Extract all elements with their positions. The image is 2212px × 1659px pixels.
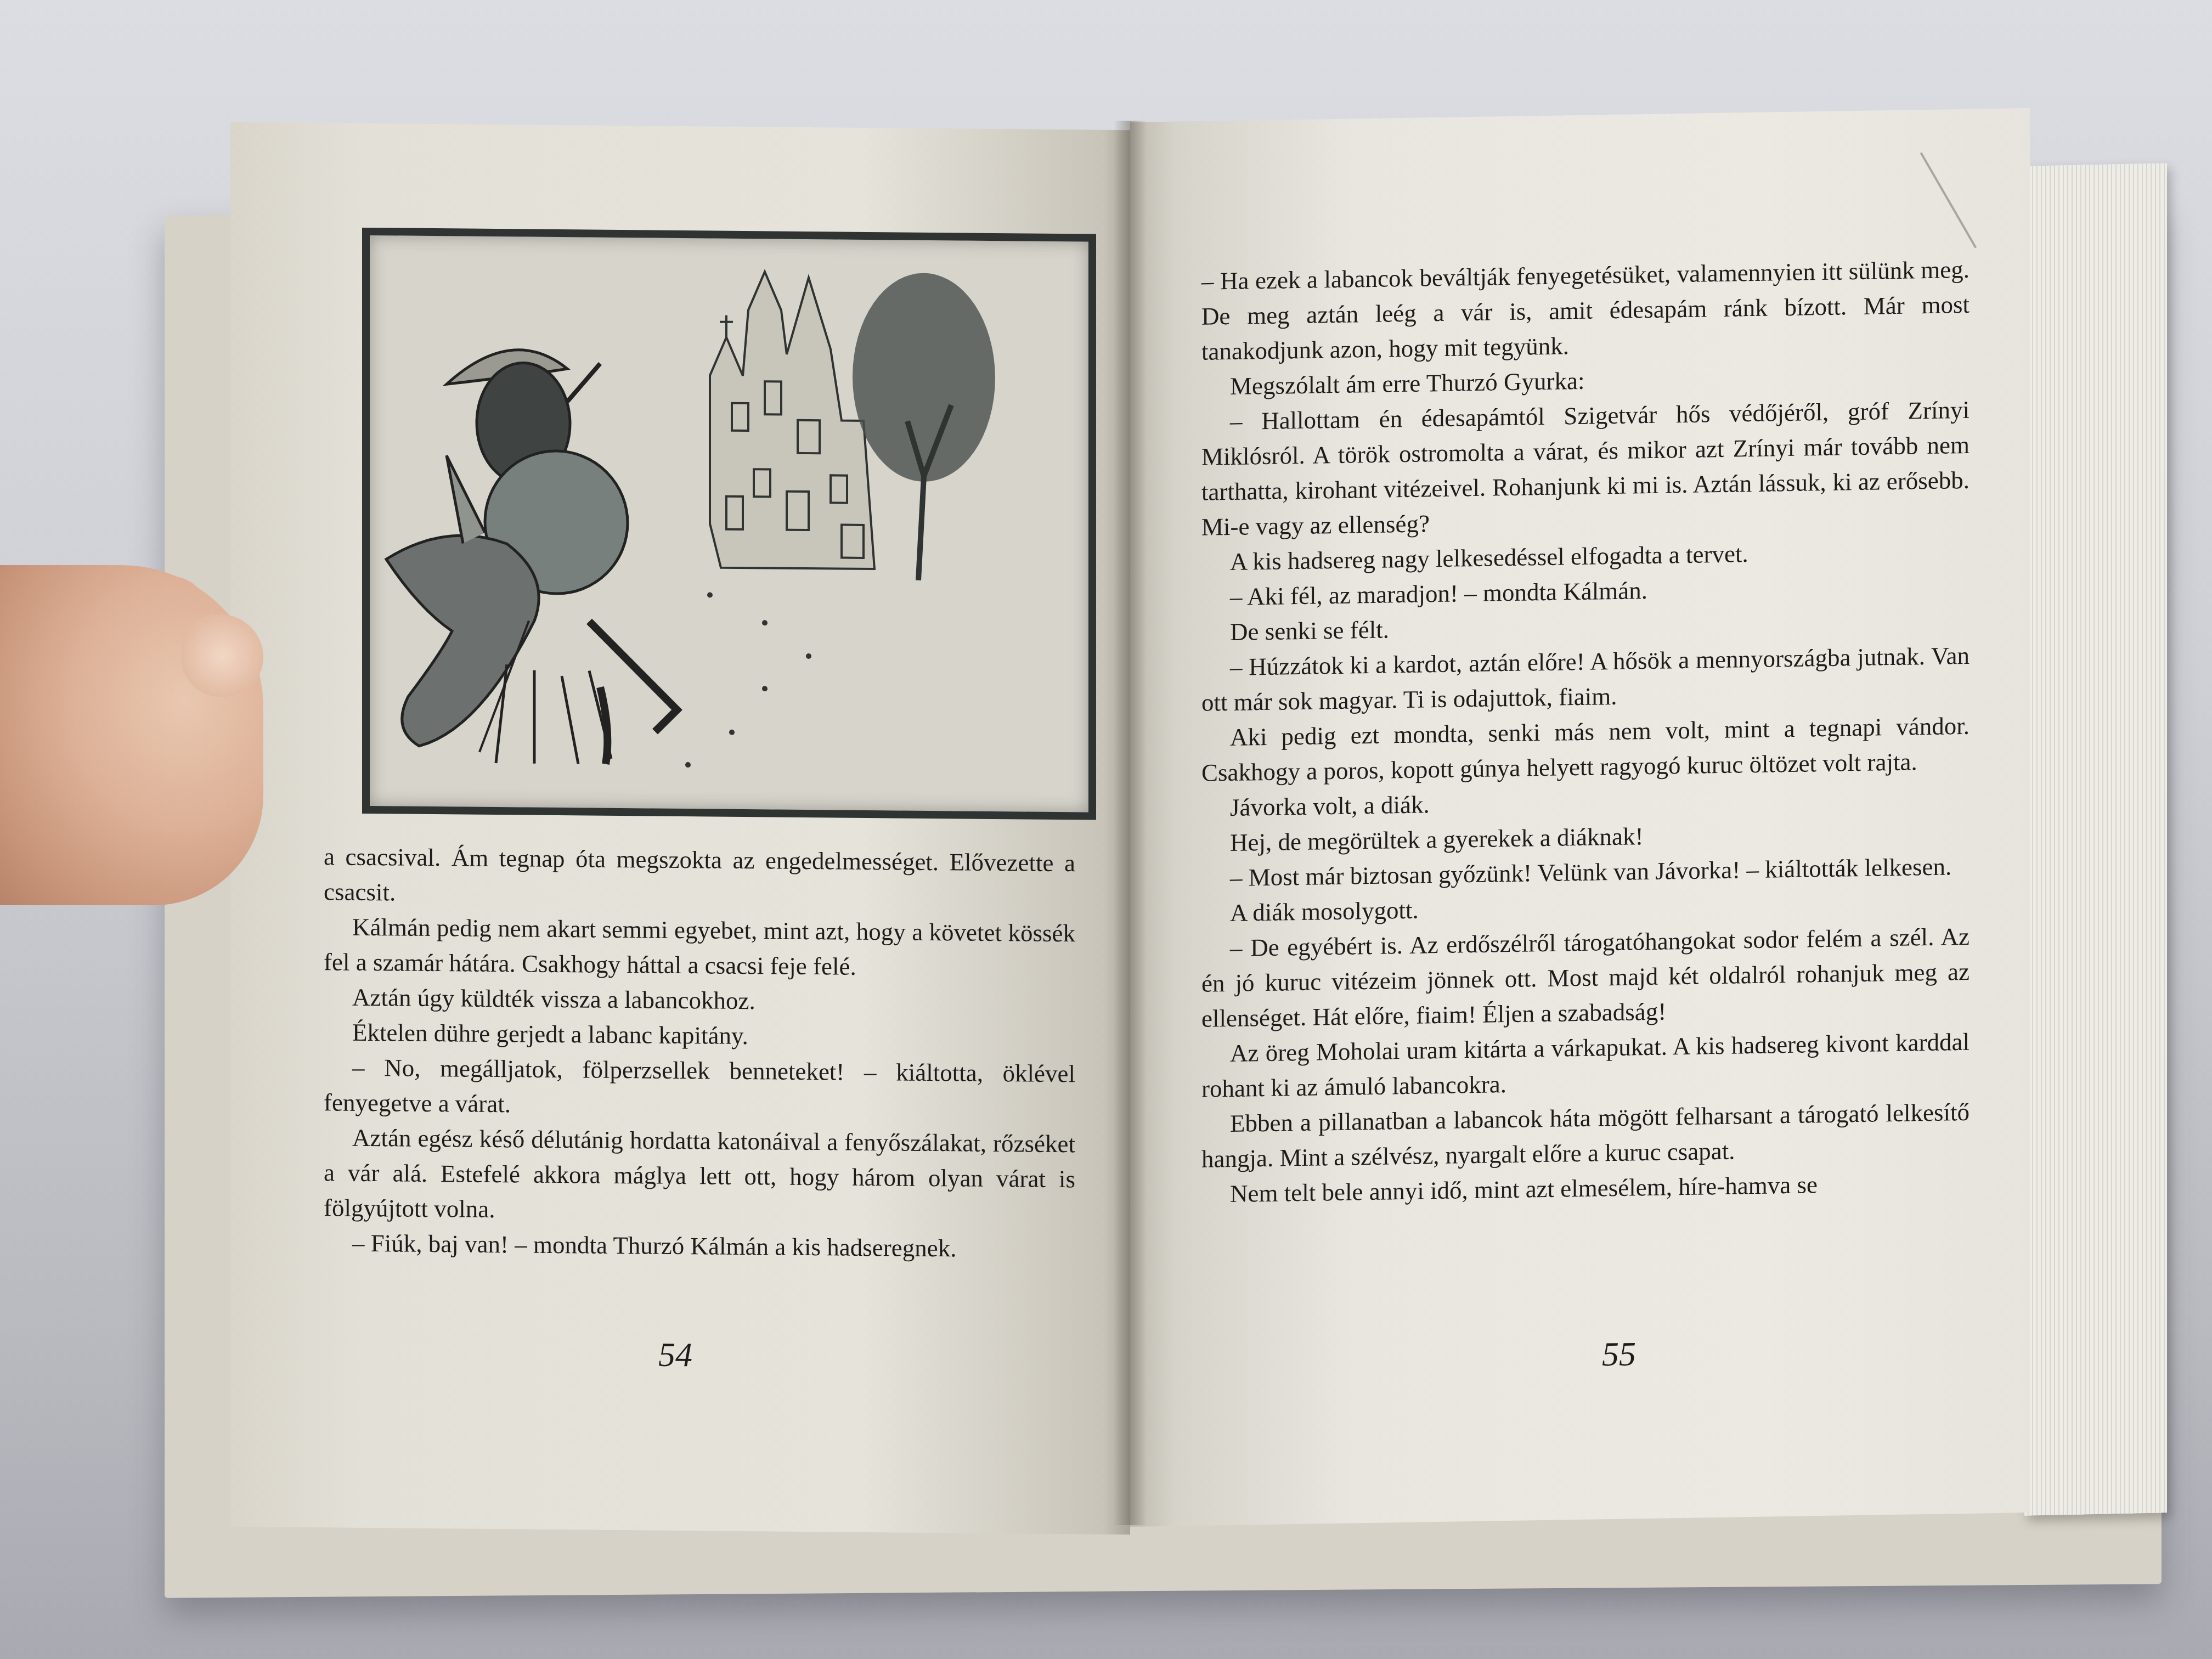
paragraph: – Ha ezek a labancok beváltják fenyegeté… bbox=[1201, 252, 1970, 369]
illustration bbox=[362, 228, 1096, 820]
paragraph: Aki pedig ezt mondta, senki más nem volt… bbox=[1201, 708, 1970, 791]
left-page: a csacsival. Ám tegnap óta megszokta az … bbox=[230, 122, 1130, 1534]
paragraph: – De egyébért is. Az erdőszélről tárogat… bbox=[1201, 919, 1970, 1036]
paragraph: – Hallottam én édesapámtól Szigetvár hős… bbox=[1201, 392, 1970, 545]
page-edges bbox=[2024, 163, 2167, 1515]
right-page: – Ha ezek a labancok beváltják fenyegeté… bbox=[1130, 108, 2030, 1527]
paragraph: Kálmán pedig nem akart semmi egyebet, mi… bbox=[324, 909, 1075, 986]
right-page-text: – Ha ezek a labancok beváltják fenyegeté… bbox=[1201, 252, 1970, 1212]
paragraph: Ebben a pillanatban a labancok háta mögö… bbox=[1201, 1094, 1970, 1177]
paragraph: Aztán egész késő délutánig hordatta kato… bbox=[324, 1120, 1075, 1232]
left-page-text: a csacsival. Ám tegnap óta megszokta az … bbox=[324, 839, 1075, 1267]
paragraph: Az öreg Moholai uram kitárta a várkapuka… bbox=[1201, 1024, 1970, 1107]
page-number-right: 55 bbox=[1602, 1335, 1636, 1374]
paragraph: – No, megálljatok, fölperzsellek bennete… bbox=[324, 1049, 1075, 1126]
engraving-icon bbox=[370, 235, 1088, 812]
paragraph: a csacsival. Ám tegnap óta megszokta az … bbox=[324, 839, 1075, 916]
paragraph: Aztán úgy küldték vissza a labancokhoz. bbox=[324, 979, 1075, 1021]
page-number-left: 54 bbox=[658, 1336, 692, 1375]
paragraph: Éktelen dühre gerjedt a labanc kapitány. bbox=[324, 1014, 1075, 1056]
paragraph: – Fiúk, baj van! – mondta Thurzó Kálmán … bbox=[324, 1225, 1075, 1267]
book-gutter bbox=[1114, 121, 1147, 1525]
paragraph: – Húzzátok ki a kardot, aztán előre! A h… bbox=[1201, 638, 1970, 720]
